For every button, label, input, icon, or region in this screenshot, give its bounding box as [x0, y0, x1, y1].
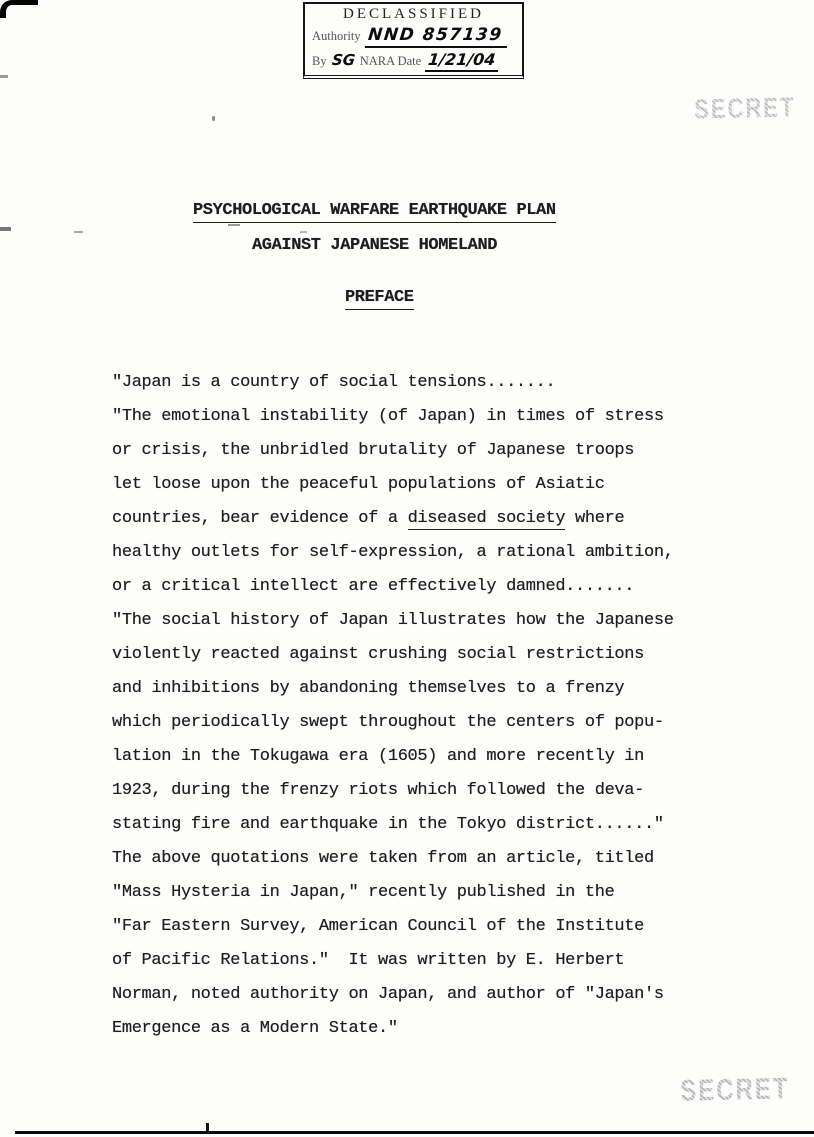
body-text-segment: Emergence as a Modern State." — [112, 1019, 398, 1038]
document-title-line2: AGAINST JAPANESE HOMELAND — [252, 236, 497, 255]
body-text-segment: which periodically swept throughout the … — [112, 713, 664, 732]
body-text-segment: and inhibitions by abandoning themselves… — [112, 679, 624, 698]
declassified-by-date-row: By SG NARA Date 1/21/04 — [312, 50, 515, 72]
underlined-phrase: diseased society — [408, 509, 566, 530]
secret-stamp-top: SECRET — [694, 94, 796, 124]
body-text-line: "Japan is a country of social tensions..… — [112, 366, 752, 400]
date-handwritten-value: 1/21/04 — [425, 50, 501, 72]
body-text-line: "The emotional instability (of Japan) in… — [112, 400, 752, 434]
document-body: "Japan is a country of social tensions..… — [112, 366, 752, 1046]
by-handwritten-initials: SG — [331, 51, 356, 69]
scan-bottom-tick-artifact — [206, 1123, 209, 1131]
scan-speck — [212, 116, 215, 121]
body-text-line: countries, bear evidence of a diseased s… — [112, 502, 752, 536]
body-text-line: 1923, during the frenzy riots which foll… — [112, 774, 752, 808]
by-label: By — [312, 54, 327, 69]
body-text-segment: "Japan is a country of social tensions..… — [112, 373, 555, 392]
body-text-segment: Norman, noted authority on Japan, and au… — [112, 985, 664, 1004]
body-text-segment: "The emotional instability (of Japan) in… — [112, 407, 664, 426]
body-text-segment: healthy outlets for self-expression, a r… — [112, 543, 674, 562]
scan-edge-artifact — [0, 75, 8, 78]
declassified-stamp-box: DECLASSIFIED Authority NND 857139 By SG … — [303, 2, 524, 79]
body-text-line: let loose upon the peaceful populations … — [112, 468, 752, 502]
body-text-line: violently reacted against crushing socia… — [112, 638, 752, 672]
nara-date-label: NARA Date — [360, 54, 421, 69]
body-text-segment: 1923, during the frenzy riots which foll… — [112, 781, 644, 800]
body-text-line: "Far Eastern Survey, American Council of… — [112, 910, 752, 944]
body-text-segment: violently reacted against crushing socia… — [112, 645, 644, 664]
body-text-segment: countries, bear evidence of a — [112, 509, 408, 528]
body-text-line: lation in the Tokugawa era (1605) and mo… — [112, 740, 752, 774]
body-text-line: "The social history of Japan illustrates… — [112, 604, 752, 638]
body-text-line: of Pacific Relations." It was written by… — [112, 944, 752, 978]
authority-label: Authority — [312, 29, 361, 44]
body-text-segment: of Pacific Relations." It was written by… — [112, 951, 624, 970]
body-text-segment: lation in the Tokugawa era (1605) and mo… — [112, 747, 644, 766]
body-text-line: "Mass Hysteria in Japan," recently publi… — [112, 876, 752, 910]
body-text-segment: "The social history of Japan illustrates… — [112, 611, 674, 630]
secret-stamp-bottom: SECRET — [680, 1075, 790, 1107]
scan-speck — [74, 231, 83, 233]
declassified-stamp-title: DECLASSIFIED — [312, 6, 515, 23]
body-text-segment: The above quotations were taken from an … — [112, 849, 654, 868]
body-text-segment: where — [565, 509, 624, 528]
section-heading-preface: PREFACE — [345, 288, 414, 310]
scan-bottom-line-artifact — [15, 1131, 814, 1134]
document-title-line1: PSYCHOLOGICAL WARFARE EARTHQUAKE PLAN — [193, 201, 556, 223]
scan-corner-artifact — [0, 0, 38, 18]
body-text-segment: "Mass Hysteria in Japan," recently publi… — [112, 883, 614, 902]
body-text-segment: "Far Eastern Survey, American Council of… — [112, 917, 644, 936]
body-text-line: The above quotations were taken from an … — [112, 842, 752, 876]
body-text-line: or a critical intellect are effectively … — [112, 570, 752, 604]
scan-speck — [300, 231, 307, 233]
authority-handwritten-value: NND 857139 — [364, 25, 509, 48]
body-text-segment: or a critical intellect are effectively … — [112, 577, 634, 596]
body-text-line: healthy outlets for self-expression, a r… — [112, 536, 752, 570]
declassified-authority-row: Authority NND 857139 — [312, 25, 515, 48]
scan-speck — [228, 224, 240, 226]
body-text-segment: let loose upon the peaceful populations … — [112, 475, 605, 494]
scanned-document-page: DECLASSIFIED Authority NND 857139 By SG … — [0, 0, 814, 1137]
body-text-segment: or crisis, the unbridled brutality of Ja… — [112, 441, 634, 460]
body-text-line: Norman, noted authority on Japan, and au… — [112, 978, 752, 1012]
body-text-line: stating fire and earthquake in the Tokyo… — [112, 808, 752, 842]
body-text-line: or crisis, the unbridled brutality of Ja… — [112, 434, 752, 468]
body-text-line: and inhibitions by abandoning themselves… — [112, 672, 752, 706]
body-text-line: which periodically swept throughout the … — [112, 706, 752, 740]
scan-speck — [0, 227, 11, 231]
body-text-line: Emergence as a Modern State." — [112, 1012, 752, 1046]
body-text-segment: stating fire and earthquake in the Tokyo… — [112, 815, 664, 834]
